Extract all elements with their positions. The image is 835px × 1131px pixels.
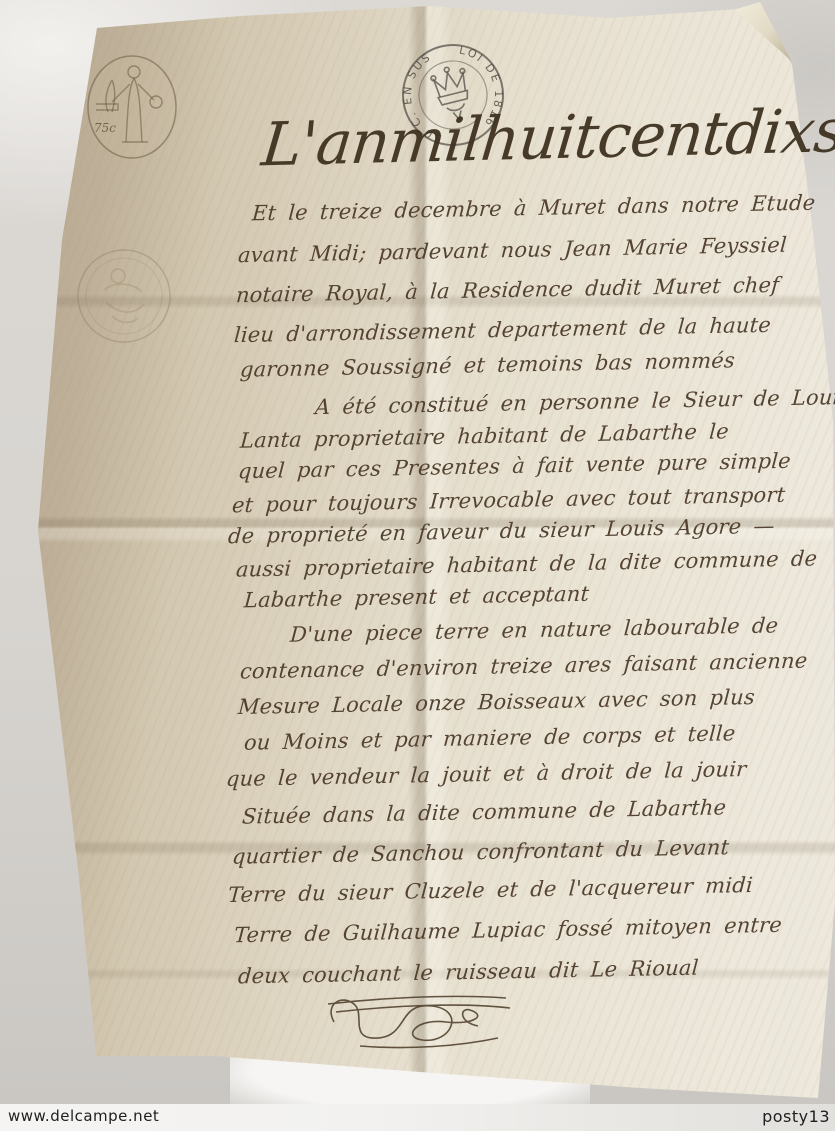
embossed-stamp-figure-icon: 75c xyxy=(82,50,182,165)
embossed-seal-icon xyxy=(74,246,174,346)
embossed-stamp-value: 75c xyxy=(94,121,116,135)
photo-of-manuscript: 75c 50 C. EN SUS LOI DE 1816 L'an mil hu xyxy=(0,0,835,1131)
paraph-flourish-icon xyxy=(320,988,520,1058)
seller-watermark: posty13 xyxy=(762,1107,830,1126)
delcampe-watermark: www.delcampe.net xyxy=(8,1107,159,1125)
